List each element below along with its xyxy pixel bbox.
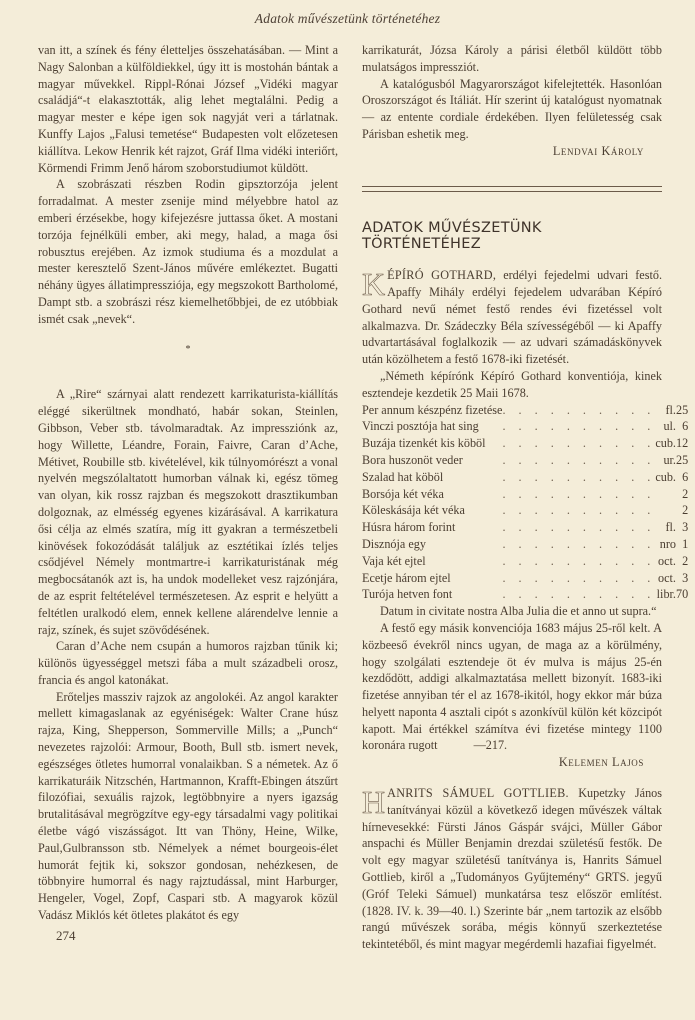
leader-dots: . . . . . . . . . . [502, 402, 655, 419]
article-lead: KÉPÍRÓ GOTHARD, erdélyi fejedelmi udvari… [362, 267, 662, 368]
rule-line [362, 191, 662, 192]
leader-dots: . . . . . . . . . . [502, 418, 655, 435]
ledger-item: Köleskásája két véka [362, 502, 502, 519]
ledger-unit: libr. [655, 586, 676, 603]
ledger-unit [655, 502, 676, 519]
ledger-row: Buzája tizenkét kis köböl. . . . . . . .… [362, 435, 688, 452]
paragraph: Caran d’Ache nem csupán a humoros rajzba… [38, 638, 338, 688]
ledger-item: Borsója két véka [362, 486, 502, 503]
paragraph: A festő egy másik konvenciója 1683 május… [362, 620, 662, 754]
leader-dots: . . . . . . . . . . [502, 435, 655, 452]
ledger-unit: cub. [655, 435, 676, 452]
lead-text: Kupetzky János tanítványai közül a követ… [362, 786, 662, 951]
leader-dots: . . . . . . . . . . [502, 502, 655, 519]
ledger-item: Disznója egy [362, 536, 502, 553]
ledger-row: Bora huszonöt veder. . . . . . . . . .ur… [362, 452, 688, 469]
leader-dots: . . . . . . . . . . [502, 553, 655, 570]
leader-dots: . . . . . . . . . . [502, 570, 655, 587]
lead-caps: ANRITS SÁMUEL GOTTLIEB. [387, 786, 569, 800]
quote-intro: „Németh képírónk Képíró Gothard konventi… [362, 368, 662, 402]
article-lead: HANRITS SÁMUEL GOTTLIEB. Kupetzky János … [362, 785, 662, 953]
right-column: karrikaturát, Józsa Károly a párisi élet… [362, 42, 662, 953]
leader-dots: . . . . . . . . . . [502, 486, 655, 503]
ledger-row: Borsója két véka. . . . . . . . . .2 [362, 486, 688, 503]
ledger-quantity: 2 [676, 553, 688, 570]
leader-dots: . . . . . . . . . . [502, 586, 655, 603]
leader-dots: . . . . . . . . . . [502, 469, 655, 486]
author-signature: Kelemen Lajos [362, 754, 662, 771]
ledger-quantity: 2 [676, 502, 688, 519]
author-signature: Lendvai Károly [362, 143, 662, 160]
section-title: ADATOK MŰVÉSZETÜNK TÖRTÉNETÉHEZ [362, 220, 662, 254]
dropcap-letter: H [362, 787, 385, 817]
running-head: Adatok művészetünk történetéhez [0, 11, 695, 27]
ledger-unit: ur. [655, 452, 676, 469]
ledger-item: Bora huszonöt veder [362, 452, 502, 469]
ledger-row: Vaja két ejtel. . . . . . . . . .oct.2 [362, 553, 688, 570]
ledger-item: Buzája tizenkét kis köböl [362, 435, 502, 452]
paragraph: Erőteljes massziv rajzok az angolokéi. A… [38, 689, 338, 924]
page-number: 274 [38, 928, 338, 945]
ledger-item: Húsra három forint [362, 519, 502, 536]
ledger-item: Turója hetven font [362, 586, 502, 603]
ledger-quantity: 12 [676, 435, 688, 452]
double-rule-divider [362, 186, 662, 192]
ledger-item: Ecetje három ejtel [362, 570, 502, 587]
ledger-quantity: 3 [676, 519, 688, 536]
ledger-unit: fl. [655, 402, 676, 419]
ledger-quantity: 2 [676, 486, 688, 503]
quote-close: Datum in civitate nostra Alba Julia die … [362, 603, 662, 620]
ledger-unit [655, 486, 676, 503]
ledger-unit: ul. [655, 418, 676, 435]
paragraph: A katalógusból Magyarországot kifelejtet… [362, 76, 662, 143]
ledger-unit: fl. [655, 519, 676, 536]
paragraph: karrikaturát, Józsa Károly a párisi élet… [362, 42, 662, 76]
reference-number: —217. [474, 738, 508, 752]
section-separator: * [38, 342, 338, 359]
ledger-row: Disznója egy. . . . . . . . . .nro1 [362, 536, 688, 553]
salary-ledger: Per annum készpénz fizetése. . . . . . .… [362, 402, 688, 604]
lead-text: erdélyi fejedelmi udvari festő. Apaffy M… [362, 268, 662, 366]
ledger-row: Vinczi posztója hat sing. . . . . . . . … [362, 418, 688, 435]
ledger-quantity: 70 [676, 586, 688, 603]
ledger-row: Ecetje három ejtel. . . . . . . . . .oct… [362, 570, 688, 587]
ledger-row: Szalad hat köböl. . . . . . . . . .cub.6 [362, 469, 688, 486]
ledger-unit: oct. [655, 553, 676, 570]
paragraph: A szobrászati részben Rodin gipsztorzója… [38, 176, 338, 327]
ledger-quantity: 25 [676, 452, 688, 469]
ledger-item: Vinczi posztója hat sing [362, 418, 502, 435]
ledger-quantity: 6 [676, 418, 688, 435]
ledger-quantity: 25 [676, 402, 688, 419]
lead-caps: ÉPÍRÓ GOTHARD, [387, 268, 496, 282]
ledger-unit: cub. [655, 469, 676, 486]
ledger-quantity: 1 [676, 536, 688, 553]
ledger-item: Vaja két ejtel [362, 553, 502, 570]
ledger-item: Per annum készpénz fizetése [362, 402, 502, 419]
leader-dots: . . . . . . . . . . [502, 452, 655, 469]
ledger-unit: nro [655, 536, 676, 553]
paragraph: A „Rire“ szárnyai alatt rendezett karrik… [38, 386, 338, 638]
leader-dots: . . . . . . . . . . [502, 519, 655, 536]
left-column: van itt, a színek és fény életteljes öss… [38, 42, 338, 945]
paragraph-text: A festő egy másik konvenciója 1683 május… [362, 621, 662, 753]
paragraph: van itt, a színek és fény életteljes öss… [38, 42, 338, 176]
rule-line [362, 186, 662, 187]
ledger-quantity: 6 [676, 469, 688, 486]
ledger-item: Szalad hat köböl [362, 469, 502, 486]
leader-dots: . . . . . . . . . . [502, 536, 655, 553]
dropcap-letter: K [362, 269, 385, 299]
ledger-quantity: 3 [676, 570, 688, 587]
ledger-row: Húsra három forint. . . . . . . . . .fl.… [362, 519, 688, 536]
ledger-row: Köleskásája két véka. . . . . . . . . .2 [362, 502, 688, 519]
ledger-unit: oct. [655, 570, 676, 587]
ledger-row: Per annum készpénz fizetése. . . . . . .… [362, 402, 688, 419]
ledger-row: Turója hetven font. . . . . . . . . .lib… [362, 586, 688, 603]
